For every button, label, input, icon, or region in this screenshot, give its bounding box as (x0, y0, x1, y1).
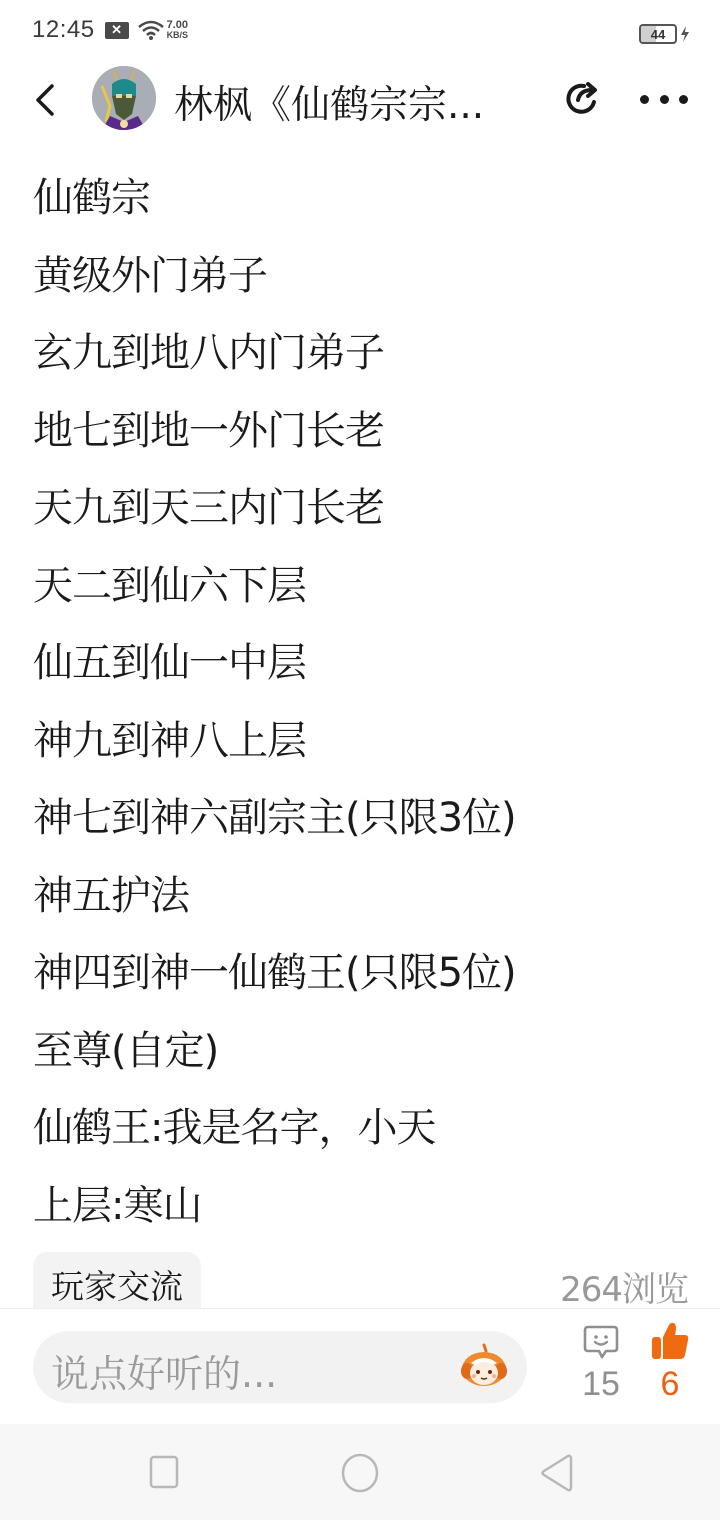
home-button[interactable] (340, 1452, 380, 1494)
wifi-icon (137, 19, 165, 41)
topic-tag[interactable]: 玩家交流 (33, 1252, 201, 1312)
view-count: 264浏览 (560, 1262, 688, 1311)
mascot-emoji-icon[interactable] (459, 1341, 509, 1391)
status-right: 44 (639, 24, 690, 44)
post-line: 黄级外门弟子 (33, 238, 700, 316)
thumbs-up-icon (650, 1321, 690, 1361)
post-line: 神五护法 (33, 858, 700, 936)
share-button[interactable] (562, 78, 604, 120)
network-speed-unit: KB/S (167, 30, 189, 40)
post-line: 上层:寒山 (33, 1168, 700, 1246)
post-line: 天二到仙六下层 (33, 548, 700, 626)
post-line: 仙鹤宗 (33, 160, 700, 238)
no-sim-icon: ✕ (105, 22, 129, 39)
avatar-image (92, 66, 156, 130)
more-dot (640, 95, 649, 104)
status-bar: 12:45 ✕ 7.00 KB/S 44 (0, 0, 720, 60)
more-button[interactable] (640, 92, 688, 106)
battery-icon: 44 (639, 24, 677, 44)
post-line: 天九到天三内门长老 (33, 470, 700, 548)
post-line: 玄九到地八内门弟子 (33, 315, 700, 393)
post-line: 仙五到仙一中层 (33, 625, 700, 703)
page-title: 林枫《仙鹤宗宗... (174, 74, 524, 130)
avatar[interactable] (92, 66, 156, 130)
comment-input[interactable]: 说点好听的... (33, 1331, 527, 1403)
back-button[interactable] (30, 82, 64, 118)
post-line: 仙鹤王:我是名字，小天 (33, 1090, 700, 1168)
post-content: 仙鹤宗 黄级外门弟子 玄九到地八内门弟子 地七到地一外门长老 天九到天三内门长老… (33, 160, 700, 1245)
charging-icon (680, 26, 690, 42)
comments-button[interactable]: 15 (572, 1323, 630, 1413)
header: 林枫《仙鹤宗宗... (0, 62, 720, 138)
post-line: 至尊(自定) (33, 1013, 700, 1091)
post-line: 神四到神一仙鹤王(只限5位) (33, 935, 700, 1013)
post-line: 地七到地一外门长老 (33, 393, 700, 471)
network-speed: 7.00 KB/S (167, 20, 189, 40)
recents-button[interactable] (148, 1454, 180, 1490)
more-dot (679, 95, 688, 104)
comment-icon (582, 1323, 620, 1361)
status-time: 12:45 (32, 16, 95, 44)
system-nav-bar (0, 1424, 720, 1520)
post-line: 神七到神六副宗主(只限3位) (33, 780, 700, 858)
comment-placeholder: 说点好听的... (51, 1343, 277, 1398)
post-line: 神九到神八上层 (33, 703, 700, 781)
like-count: 6 (661, 1365, 680, 1404)
comment-bar: 说点好听的... 15 (0, 1308, 720, 1422)
more-dot (660, 95, 669, 104)
comment-count: 15 (582, 1365, 620, 1404)
network-speed-value: 7.00 (167, 20, 189, 30)
like-button[interactable]: 6 (644, 1321, 696, 1411)
back-nav-button[interactable] (538, 1452, 574, 1494)
battery-level: 44 (651, 27, 665, 42)
screen: 12:45 ✕ 7.00 KB/S 44 (0, 0, 720, 1520)
